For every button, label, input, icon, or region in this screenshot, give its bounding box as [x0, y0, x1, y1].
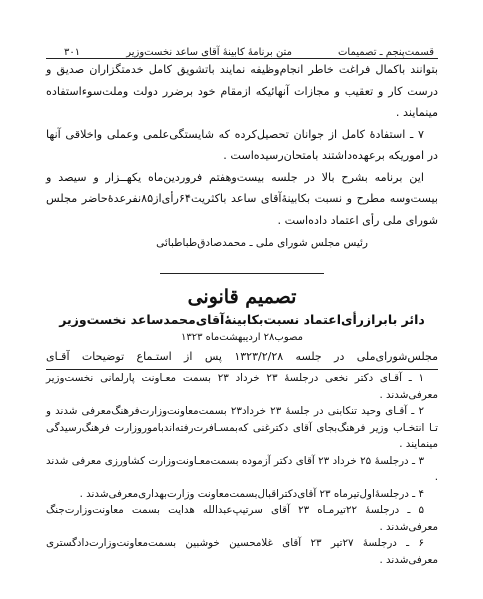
- list-item: ۶ ـ درجلسهٔ ۲۷تیر ۲۳ آقای غلامحسین خوشبی…: [46, 535, 438, 568]
- section-divider: [160, 273, 324, 274]
- law-title: تصمیم قانونی: [46, 284, 438, 310]
- law-items-list: ۱ ـ آقـای دکتر نخعی درجلسهٔ ۲۳ خرداد ۲۳ …: [46, 370, 438, 568]
- law-intro: مجلس‌شورای‌ملی در جلسه ۱۳۲۳/۲/۲۸ پس از ا…: [46, 346, 438, 370]
- list-item: ۳ ـ درجلسهٔ ۲۵ خرداد ۲۳ آقای دکتر آزموده…: [46, 453, 438, 486]
- page-number: ۳۰۱: [50, 47, 80, 58]
- paragraph-item-7: ۷ ـ استفادهٔ کامل از جوانان تحصیل‌کرده ک…: [46, 124, 438, 167]
- law-approval-date: مصوب۲۸ اردیبهشت‌ماه ۱۳۲۳: [46, 330, 438, 346]
- list-item: ۲ ـ آقـای وحید تنکابنی در جلسهٔ ۲۳ خرداد…: [46, 403, 438, 453]
- paragraph-continuation: بتوانند باکمال فراغت خاطر انجام‌وظیفه نم…: [46, 59, 438, 124]
- list-item: ۴ ـ درجلسهٔ‌اول‌تیرماه ۲۳ آقای‌دکتراقبال…: [46, 486, 438, 503]
- header-section: قسمت‌پنجم ـ تصمیمات: [338, 47, 434, 58]
- header-title: متن برنامهٔ کابینهٔ آقای ساعد نخست‌وزیر: [126, 47, 292, 58]
- paragraph-approval: این برنامه بشرح بالا در جلسه بیست‌وهفتم …: [46, 167, 438, 232]
- list-item: ۱ ـ آقـای دکتر نخعی درجلسهٔ ۲۳ خرداد ۲۳ …: [46, 370, 438, 403]
- document-page: قسمت‌پنجم ـ تصمیمات متن برنامهٔ کابینهٔ …: [46, 40, 438, 568]
- running-header: قسمت‌پنجم ـ تصمیمات متن برنامهٔ کابینهٔ …: [46, 40, 438, 59]
- list-item: ۵ ـ درجلسهٔ ۲۲تیرمـاه ۲۳ آقای سرتیپ‌عبدا…: [46, 502, 438, 535]
- law-subtitle: دائر بابرازرأی‌اعتماد نسبت‌بکابینهٔ‌آقای…: [46, 310, 438, 330]
- signature: رئیس مجلس شورای ملی ـ محمدصادق‌طباطبائی: [46, 233, 438, 253]
